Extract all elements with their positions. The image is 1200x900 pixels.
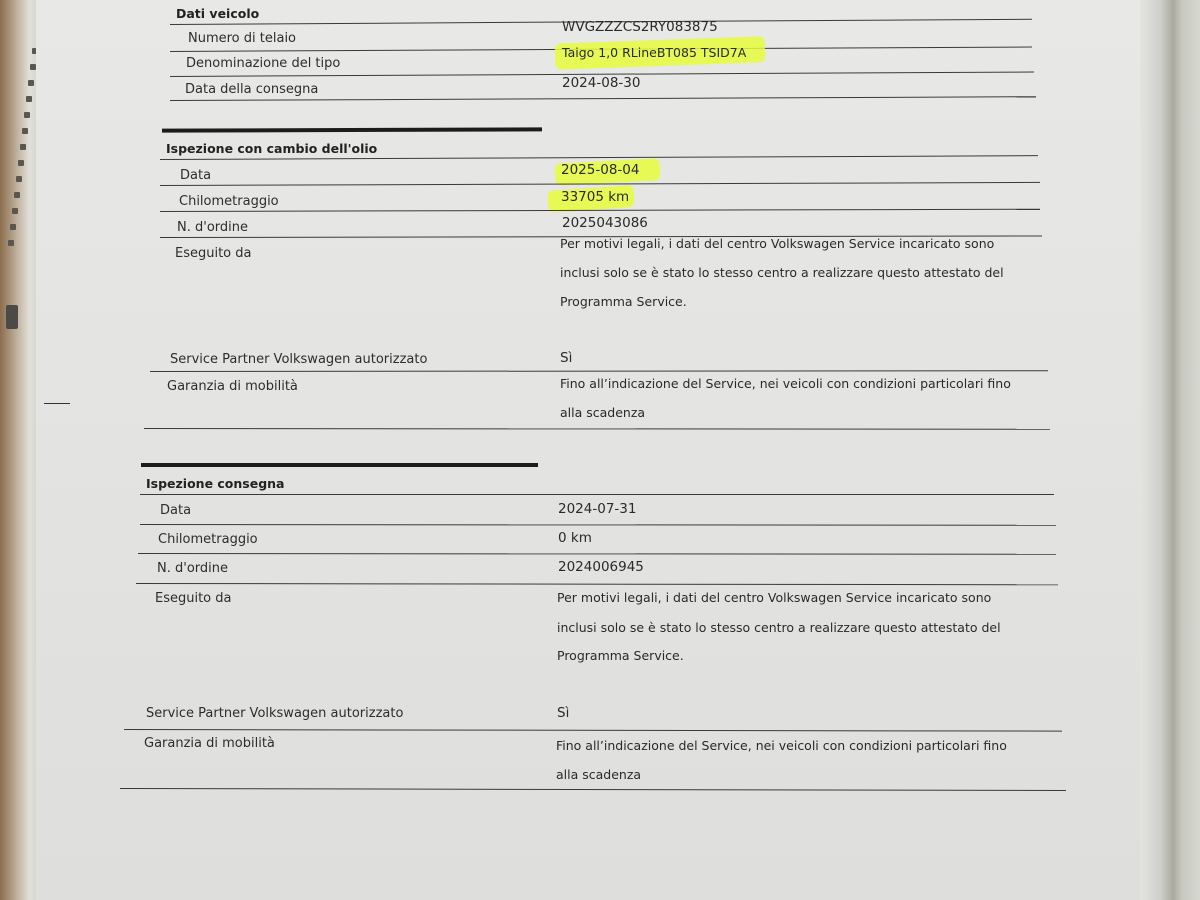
divider	[140, 494, 1054, 495]
binder-hole	[14, 192, 20, 198]
binder-hole	[18, 160, 24, 166]
row-label: Chilometraggio	[158, 532, 258, 547]
section-heading-delivery-inspection: Ispezione consegna	[146, 476, 285, 491]
page-edge-shadow	[1140, 0, 1200, 900]
section-bar	[141, 463, 538, 467]
binder-hole	[8, 240, 14, 246]
legal-note-line: Per motivi legali, i dati del centro Vol…	[560, 236, 994, 251]
binder-hole	[26, 96, 32, 102]
binder-hole	[12, 208, 18, 214]
row-label: Data della consegna	[185, 82, 318, 97]
row-label: Numero di telaio	[188, 31, 296, 46]
section-heading-vehicle: Dati veicolo	[176, 6, 259, 21]
row-label: Eseguito da	[155, 591, 232, 606]
oil-order-value: 2025043086	[562, 215, 648, 231]
oil-date-value: 2025-08-04	[561, 162, 639, 178]
mobility-note-line: Fino all’indicazione del Service, nei ve…	[556, 738, 1007, 753]
mobility-note-line: Fino all’indicazione del Service, nei ve…	[560, 376, 1011, 391]
oil-mileage-value: 33705 km	[561, 189, 629, 205]
row-label: N. d'ordine	[157, 561, 228, 576]
binder-hole	[28, 80, 34, 86]
document-page	[36, 0, 1156, 900]
delivery-mileage-value: 0 km	[558, 530, 592, 546]
section-heading-oil-service: Ispezione con cambio dell'olio	[166, 141, 377, 156]
type-value: Taigo 1,0 RLineBT085 TSID7A	[562, 45, 746, 60]
binder-hole	[22, 128, 28, 134]
binder-hole	[20, 144, 26, 150]
oil-partner-value: Sì	[560, 350, 572, 366]
margin-mark	[44, 403, 70, 404]
row-label: Garanzia di mobilità	[167, 379, 298, 394]
binder-hole	[10, 224, 16, 230]
delivery-partner-value: Sì	[557, 705, 569, 721]
row-label: Data	[160, 503, 191, 518]
row-label: Service Partner Volkswagen autorizzato	[170, 352, 427, 367]
binder-clip	[6, 305, 18, 329]
row-label: N. d'ordine	[177, 220, 248, 235]
legal-note-line: inclusi solo se è stato lo stesso centro…	[557, 620, 1001, 635]
mobility-note-line: alla scadenza	[556, 767, 641, 782]
row-label: Service Partner Volkswagen autorizzato	[146, 706, 403, 721]
row-label: Denominazione del tipo	[186, 56, 340, 71]
legal-note-line: Per motivi legali, i dati del centro Vol…	[557, 590, 991, 605]
legal-note-line: Programma Service.	[557, 648, 684, 663]
legal-note-line: Programma Service.	[560, 294, 687, 309]
row-label: Garanzia di mobilità	[144, 736, 275, 751]
vin-value: WVGZZZCS2RY083875	[562, 19, 718, 35]
mobility-note-line: alla scadenza	[560, 405, 645, 420]
row-label: Data	[180, 168, 211, 183]
binder-hole	[24, 112, 30, 118]
delivery-date-value: 2024-08-30	[562, 75, 640, 91]
delivery-date-value: 2024-07-31	[558, 501, 636, 517]
row-label: Chilometraggio	[179, 194, 279, 209]
delivery-order-value: 2024006945	[558, 559, 644, 575]
legal-note-line: inclusi solo se è stato lo stesso centro…	[560, 265, 1004, 280]
binder-hole	[16, 176, 22, 182]
row-label: Eseguito da	[175, 246, 252, 261]
